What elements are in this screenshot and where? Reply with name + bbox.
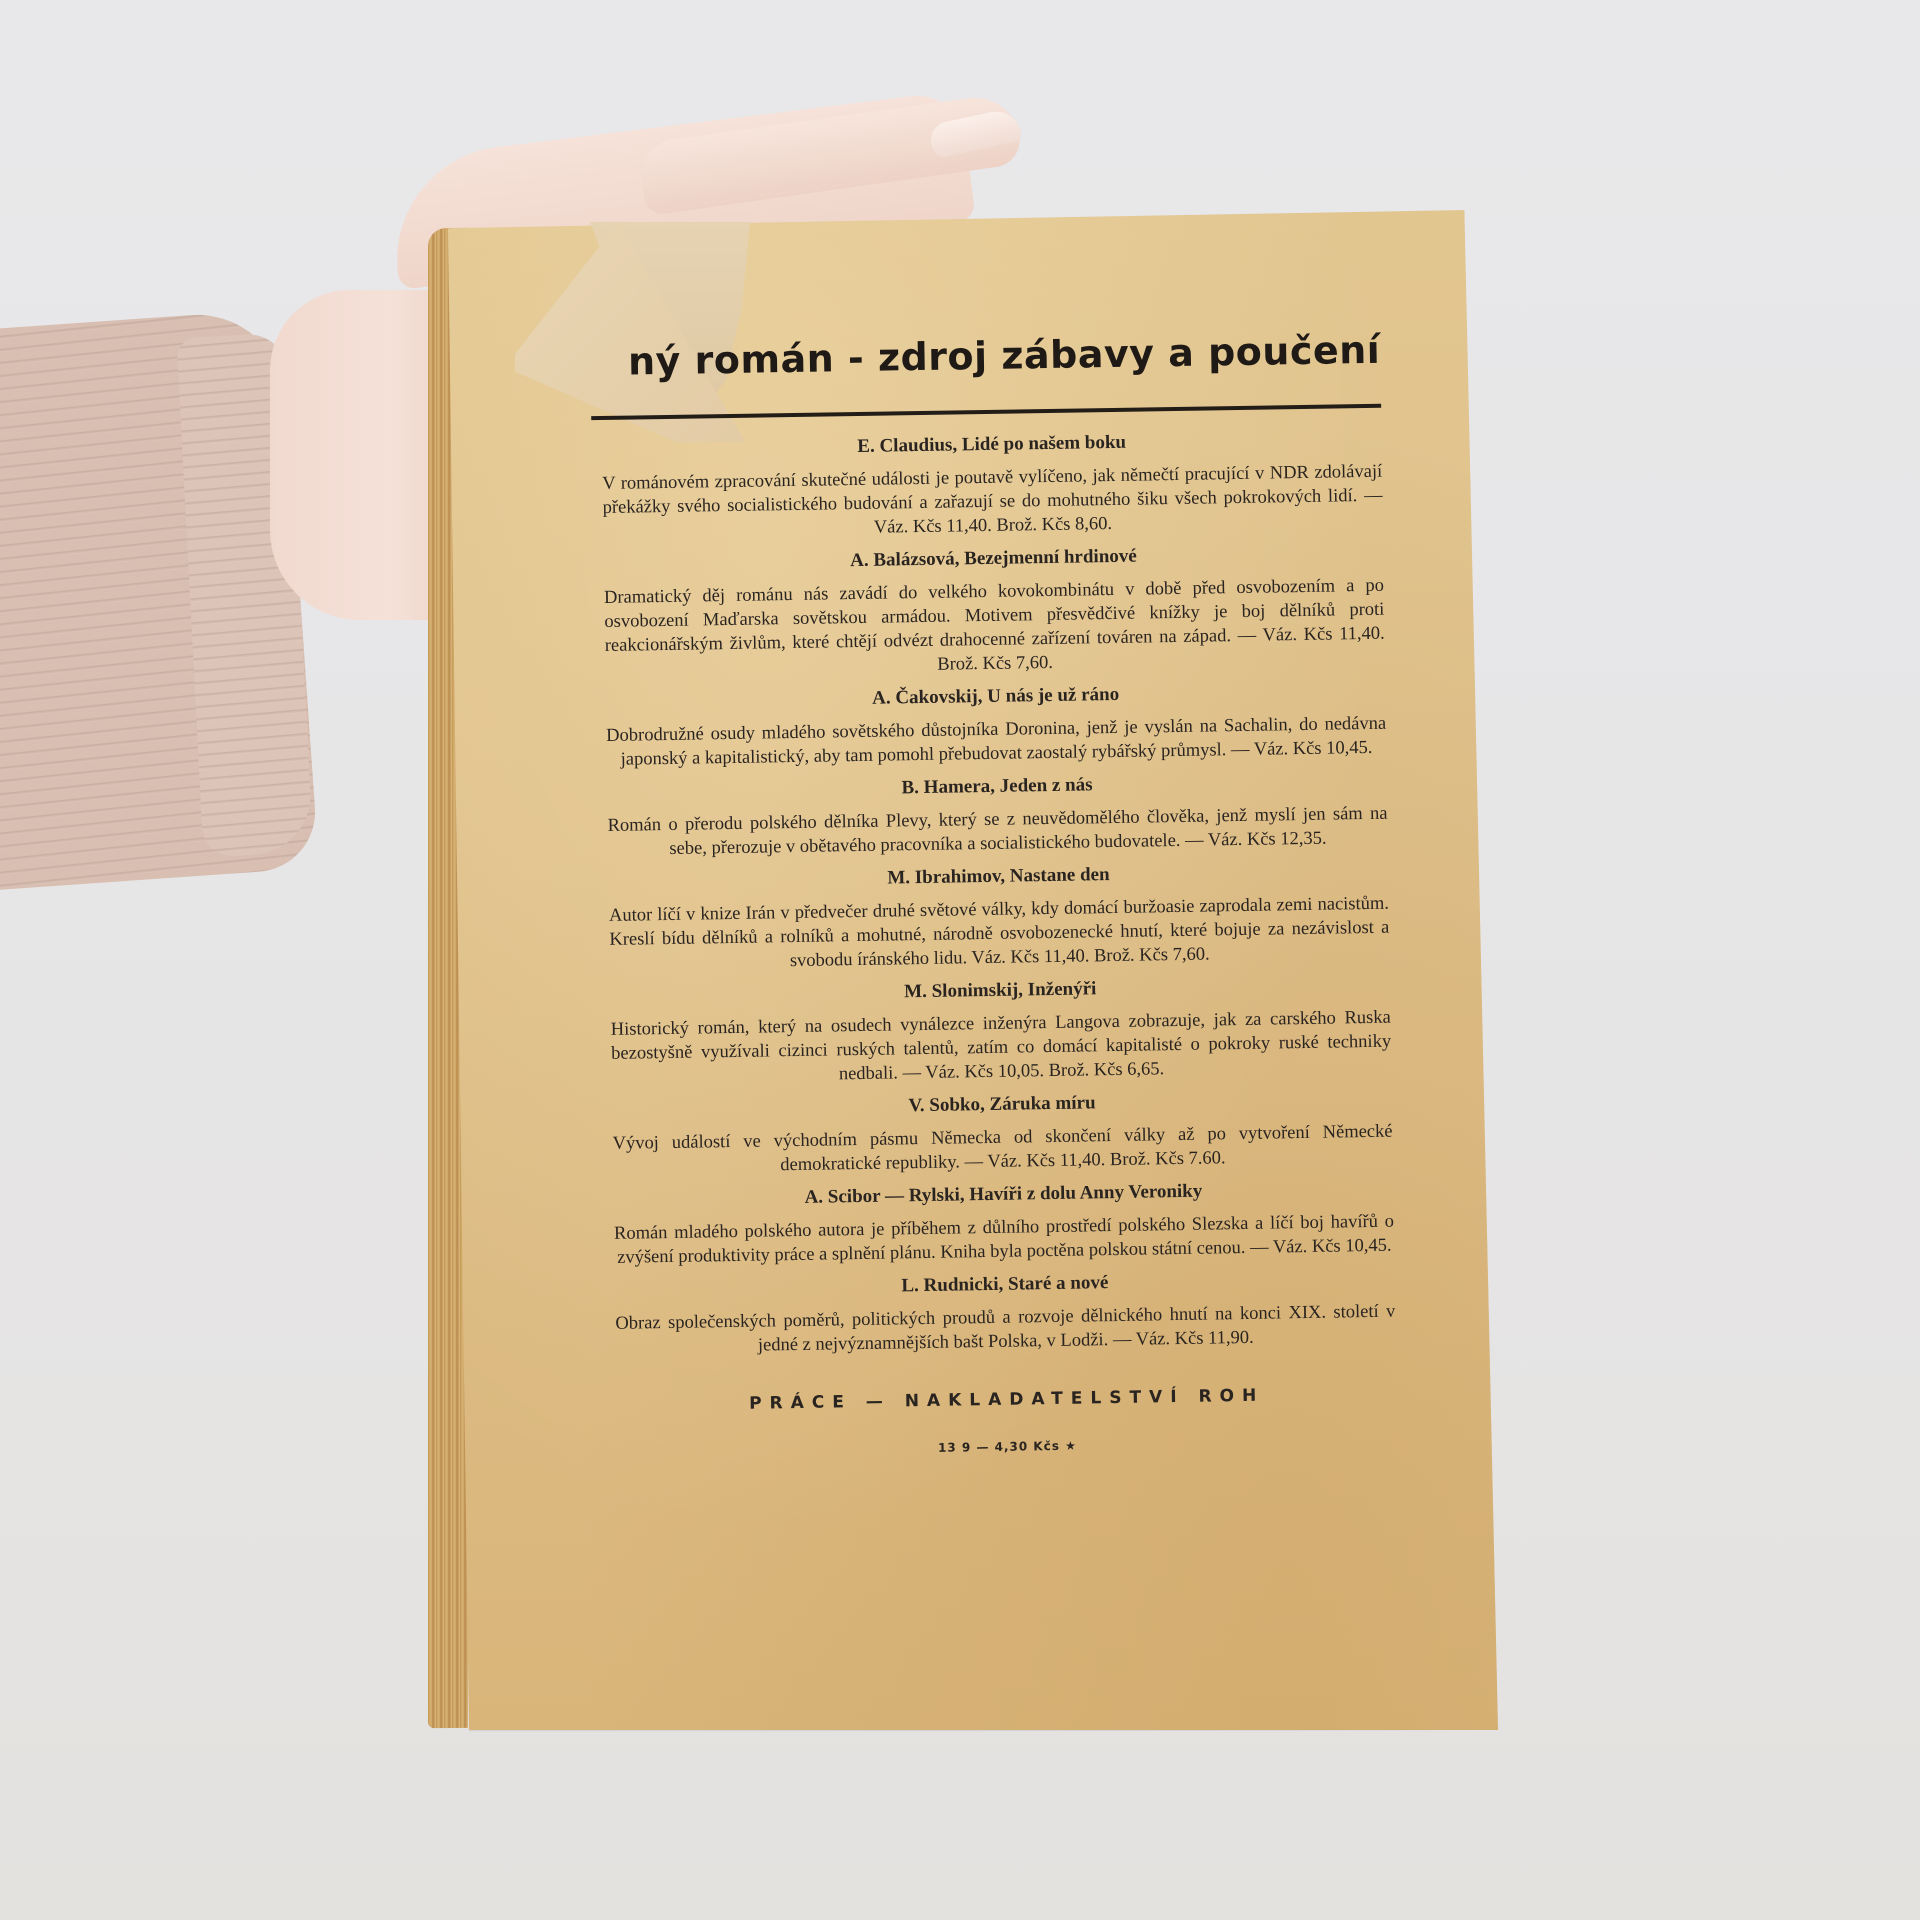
book-entry: M. Slonimskij, Inženýři Historický román… <box>610 974 1392 1090</box>
book-entry-description: Historický román, který na osudech vynál… <box>611 1006 1392 1090</box>
book-entry-title: A. Balázsová, Bezejmenní hrdinové <box>603 542 1383 576</box>
book-entry-title: A. Čakovskij, U nás je už ráno <box>606 680 1386 714</box>
book-entry-description: Román o přerodu polského dělníka Plevy, … <box>607 802 1388 862</box>
book-entry-description: Dramatický děj románu nás zavádí do velk… <box>604 574 1385 682</box>
book-entry: V. Sobko, Záruka míru Vývoj událostí ve … <box>612 1088 1393 1180</box>
book-entry: L. Rudnicki, Staré a nové Obraz společen… <box>615 1268 1396 1360</box>
book-entry-title: B. Hamera, Jeden z nás <box>607 770 1387 804</box>
book-entry-title: L. Rudnicki, Staré a nové <box>615 1268 1395 1302</box>
book-entry-title: M. Ibrahimov, Nastane den <box>608 860 1388 894</box>
book-entry-description: V románovém zpracování skutečné události… <box>602 460 1383 544</box>
book-entry-title: V. Sobko, Záruka míru <box>612 1088 1392 1122</box>
book-entry: A. Balázsová, Bezejmenní hrdinové Dramat… <box>603 542 1385 682</box>
book-entry: B. Hamera, Jeden z nás Román o přerodu p… <box>607 770 1388 862</box>
book-entry-description: Román mladého polského autora je příběhe… <box>614 1210 1395 1270</box>
book-entry: A. Čakovskij, U nás je už ráno Dobrodruž… <box>606 680 1387 772</box>
book-entry: M. Ibrahimov, Nastane den Autor líčí v k… <box>608 860 1390 976</box>
book-entry-description: Dobrodružné osudy mladého sovětského důs… <box>606 712 1387 772</box>
book-entry-description: Obraz společenských poměrů, politických … <box>615 1300 1396 1360</box>
book-entry-description: Autor líčí v knize Irán v předvečer druh… <box>609 892 1390 976</box>
book-list: E. Claudius, Lidé po našem boku V románo… <box>602 428 1398 1460</box>
book-entry: A. Scibor — Rylski, Havíři z dolu Anny V… <box>613 1178 1394 1270</box>
book-entry-description: Vývoj událostí ve východním pásmu Německ… <box>612 1120 1393 1180</box>
book-entry-title: M. Slonimskij, Inženýři <box>610 974 1390 1008</box>
book-entry-title: A. Scibor — Rylski, Havíři z dolu Anny V… <box>613 1178 1393 1212</box>
publisher-name: PRÁCE — NAKLADATELSTVÍ ROH <box>617 1384 1397 1416</box>
book-entry: E. Claudius, Lidé po našem boku V románo… <box>602 428 1384 544</box>
